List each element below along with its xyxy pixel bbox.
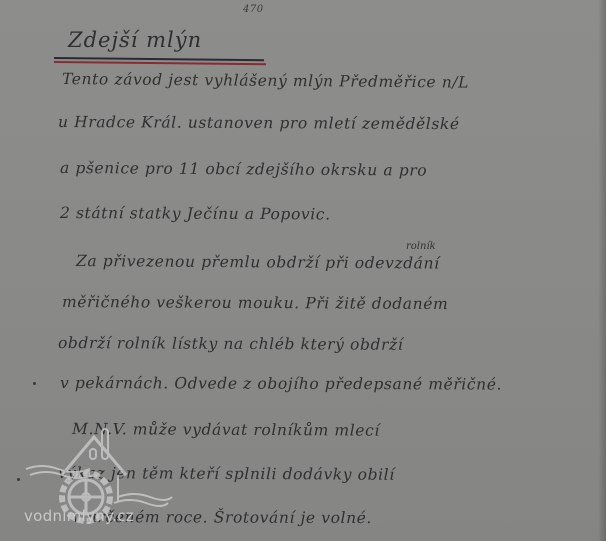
text-line-1: Tento závod jest vyhlášený mlýn Předměři… [62,70,469,92]
text-line-2: u Hradce Král. ustanoven pro mletí zeměd… [58,113,460,133]
text-line-4: 2 státní statky Ječínu a Popovic. [60,204,331,223]
page-edge-shadow [598,0,606,541]
margin-mark [33,382,36,385]
document-page: 470 Zdejší mlýn Tento závod jest vyhláše… [0,0,606,541]
interlinear-note: rolník [406,241,436,252]
text-line-7: obdrží rolník lístky na chléb který obdr… [58,334,403,354]
text-line-6: měřičného veškerou mouku. Při žitě dodan… [62,293,448,313]
text-line-3: a pšenice pro 11 obcí zdejšího okrsku a … [60,159,427,180]
page-title: Zdejší mlýn [68,28,202,52]
text-line-5: Za přivezenou přemlu obdrží při odevzdán… [76,252,440,273]
margin-mark [17,478,20,481]
page-number: 470 [243,4,264,15]
text-line-8: v pekárnách. Odvede z obojího předepsané… [60,374,502,394]
title-underline-red [54,61,266,65]
watermark-text: vodnimlyny.cz [24,507,134,525]
